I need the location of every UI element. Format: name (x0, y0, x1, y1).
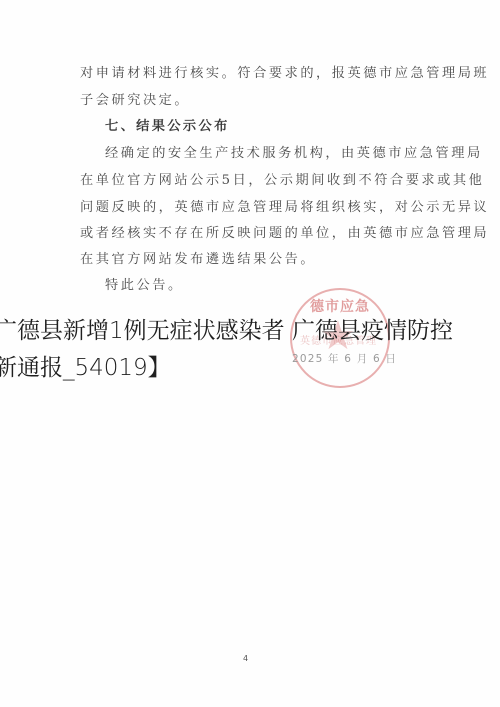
closing-text: 特此公告。 (105, 278, 184, 294)
body-text-line: 在其官方网站发布遴选结果公告。 (80, 252, 316, 268)
body-text-line: 经确定的安全生产技术服务机构，由英德市应急管理局 (105, 146, 483, 162)
body-text-line: 问题反映的，英德市应急管理局将组织核实，对公示无异议 (80, 200, 489, 216)
body-text-line: 或者经核实不存在所反映问题的单位，由英德市应急管理局 (80, 226, 489, 242)
overlay-title-line-2: 新通报_54019】 (0, 354, 171, 382)
page-number: 4 (243, 654, 248, 663)
section-heading: 七、结果公示公布 (105, 119, 230, 135)
document-page: 对申请材料进行核实。符合要求的，报英德市应急管理局班 子会研究决定。 七、结果公… (0, 0, 500, 707)
body-text-line: 在单位官方网站公示5日，公示期间收到不符合要求或其他 (80, 173, 484, 189)
stamp-date: 2025 年 6 月 6 日 (292, 351, 397, 366)
overlay-title-line-1: 广德县新增1例无症状感染者 广德县疫情防控 (0, 317, 453, 345)
body-text-line: 子会研究决定。 (80, 93, 190, 109)
body-text-line: 对申请材料进行核实。符合要求的，报英德市应急管理局班 (80, 66, 489, 82)
